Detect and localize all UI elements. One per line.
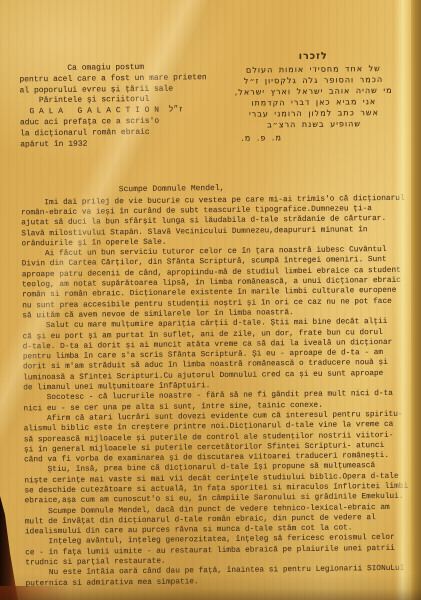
letter-paragraph-1: Imi dai prilej de vie bucurie cu vestea …: [21, 193, 414, 249]
letter-body: Imi dai prilej de vie bucurie cu vestea …: [21, 193, 418, 589]
letter-paragraph-6: Știu, însă, prea bine că dicționarul d-t…: [24, 461, 416, 507]
letter-paragraph-2: Ai făcut un bun serviciu tuturor celor c…: [22, 245, 415, 322]
hebrew-dedication-text: של אחד מחסידי אומות העולם הכמר והסופר גל…: [226, 63, 401, 131]
letter-paragraph-7: Scumpe Domnule Mendel, dacă din punct de…: [25, 502, 417, 538]
letter-paragraph-8: Ințeleg avântul, înțeleg generozitatea, …: [25, 533, 417, 569]
page-content: Ca omagiu postum pentru acel care a fost…: [0, 0, 421, 600]
hebrew-dedication-title: לזכרו: [226, 50, 400, 63]
dedication-header: Ca omagiu postum pentru acel care a fost…: [19, 50, 419, 151]
letter-paragraph-3: Salut cu mare mulțumire apariția cărții …: [22, 317, 415, 394]
hebrew-signature-initials: מ. פ. מ.: [227, 131, 401, 144]
dedication-hebrew: לזכרו של אחד מחסידי אומות העולם הכמר והס…: [226, 50, 401, 144]
letter-paragraph-9: Nu este întâia oară când dau pe față, în…: [25, 564, 417, 589]
letter-paragraph-5: Afirm că atari lucrări sunt dovezi evide…: [24, 410, 417, 466]
book-page-photo: Ca omagiu postum pentru acel care a fost…: [0, 0, 421, 600]
dedication-romanian: Ca omagiu postum pentru acel care a fost…: [19, 62, 227, 151]
